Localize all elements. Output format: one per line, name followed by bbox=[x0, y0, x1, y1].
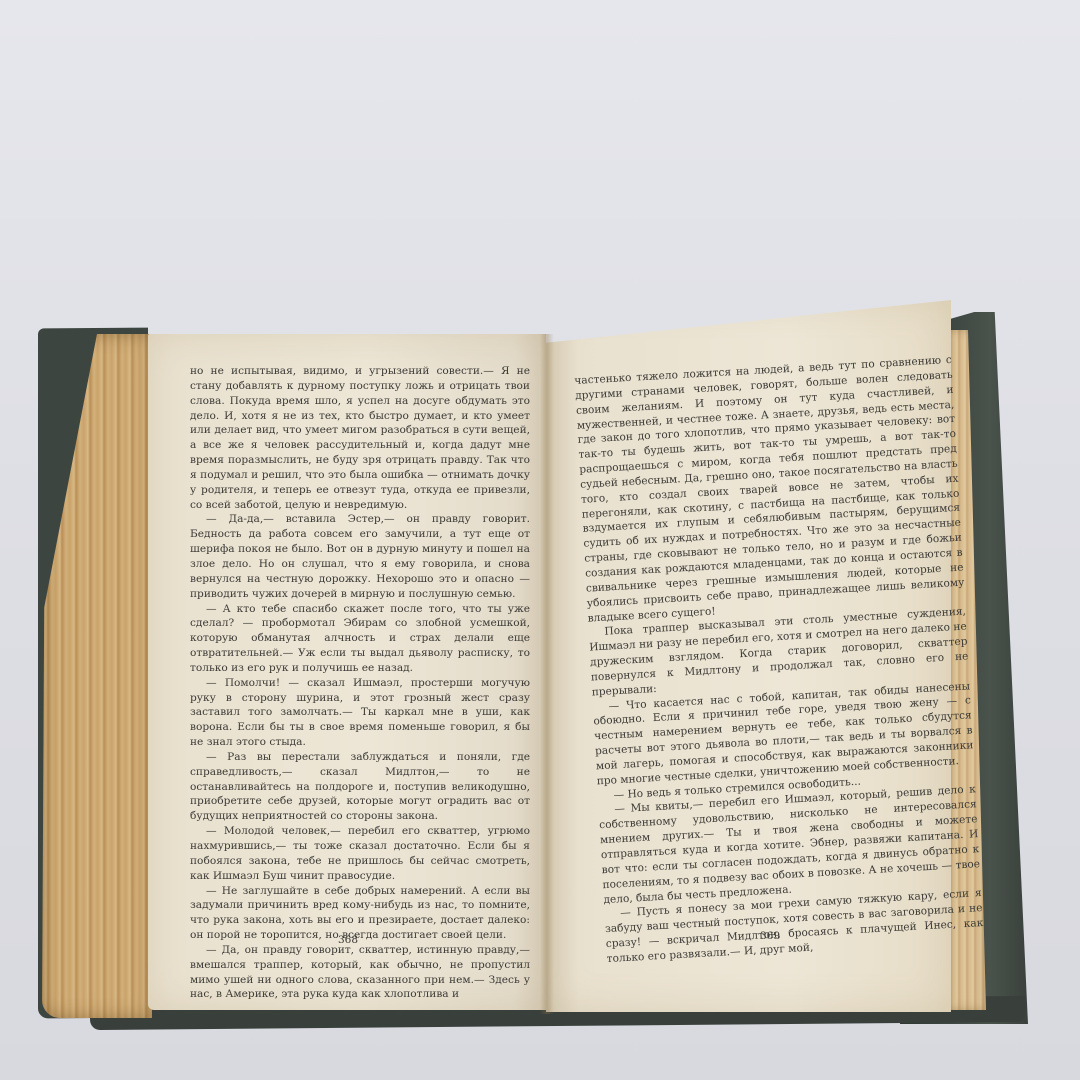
page-number-right: 369 bbox=[760, 930, 780, 942]
book-gutter bbox=[540, 334, 554, 1014]
paragraph: — Да-да,— вставила Эстер,— он правду гов… bbox=[190, 512, 530, 601]
paragraph: — Раз вы перестали заблуждаться и поняли… bbox=[190, 750, 530, 824]
paragraph: — Не заглушайте в себе добрых намерений.… bbox=[190, 884, 530, 943]
paragraph: — Да, он правду говорит, скваттер, истин… bbox=[190, 943, 530, 1002]
left-page-text: но не испытывая, видимо, и угрызений сов… bbox=[190, 364, 530, 1002]
page-number-left: 368 bbox=[338, 934, 358, 946]
photo-scene: но не испытывая, видимо, и угрызений сов… bbox=[0, 0, 1080, 1080]
paragraph: — Помолчи! — сказал Ишмаэл, простерши мо… bbox=[190, 676, 530, 750]
paragraph: но не испытывая, видимо, и угрызений сов… bbox=[190, 364, 530, 512]
paragraph: — Молодой человек,— перебил его скваттер… bbox=[190, 824, 530, 883]
right-page-text: частенько тяжело ложится на людей, а вед… bbox=[574, 353, 985, 967]
paragraph: частенько тяжело ложится на людей, а вед… bbox=[574, 353, 965, 626]
paragraph: — А кто тебе спасибо скажет после того, … bbox=[190, 602, 530, 676]
